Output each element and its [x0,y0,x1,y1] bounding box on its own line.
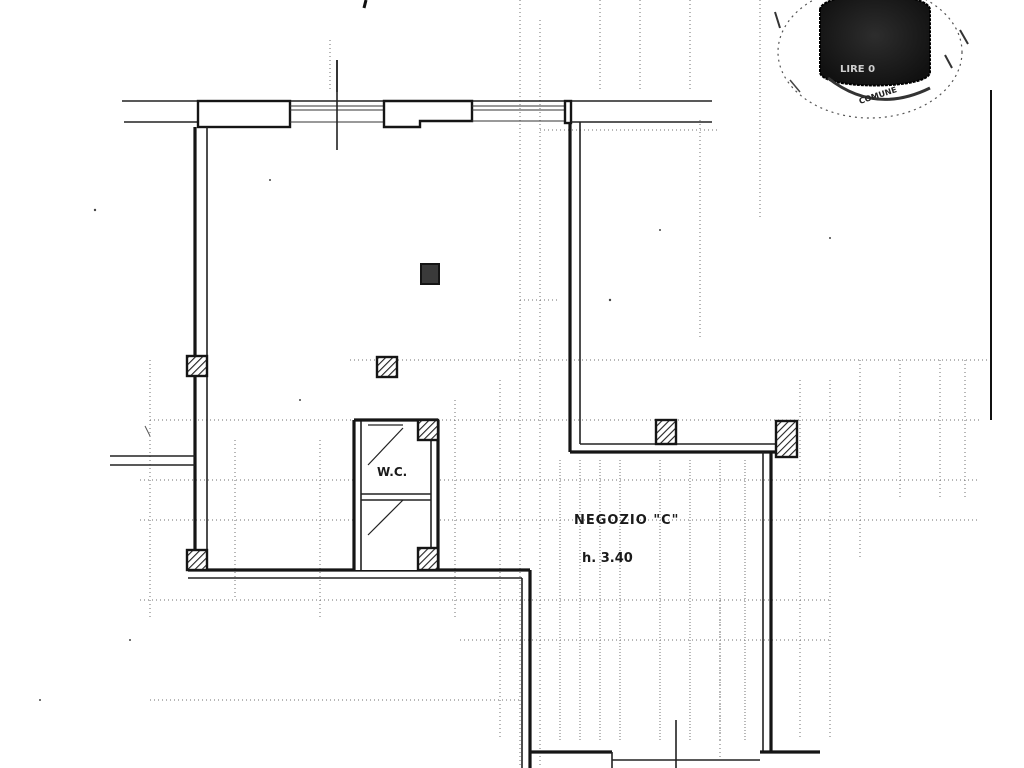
pillar [187,356,207,376]
stamp-inner-text: LIRE 0 [840,64,875,75]
pillar [377,357,397,377]
pillars [187,264,797,570]
partition-wall [570,122,780,452]
shop-height-label: h. 3.40 [582,551,633,566]
pillar [418,420,438,440]
wc-label: W.C. [377,465,407,479]
main-room-bottom-wall [188,570,530,768]
left-wall [110,127,207,570]
window-opening [472,106,565,121]
stamp-ring-text: COMUNE [858,85,898,106]
official-stamp: LIRE 0 COMUNE [775,0,968,118]
pillar [421,264,439,284]
shop-c-room: NEGOZIO "C" h. 3.40 [574,513,679,566]
pillar [776,421,797,457]
pillar [418,548,438,570]
floor-plan: W.C. NEGOZIO "C" h. 3.40 LIRE 0 COMUNE [0,0,1024,768]
shop-name-label: NEGOZIO "C" [574,513,679,528]
pillar [187,550,207,570]
shop-right-wall [530,452,820,768]
top-facade-wall [122,60,712,150]
pillar [656,420,676,444]
